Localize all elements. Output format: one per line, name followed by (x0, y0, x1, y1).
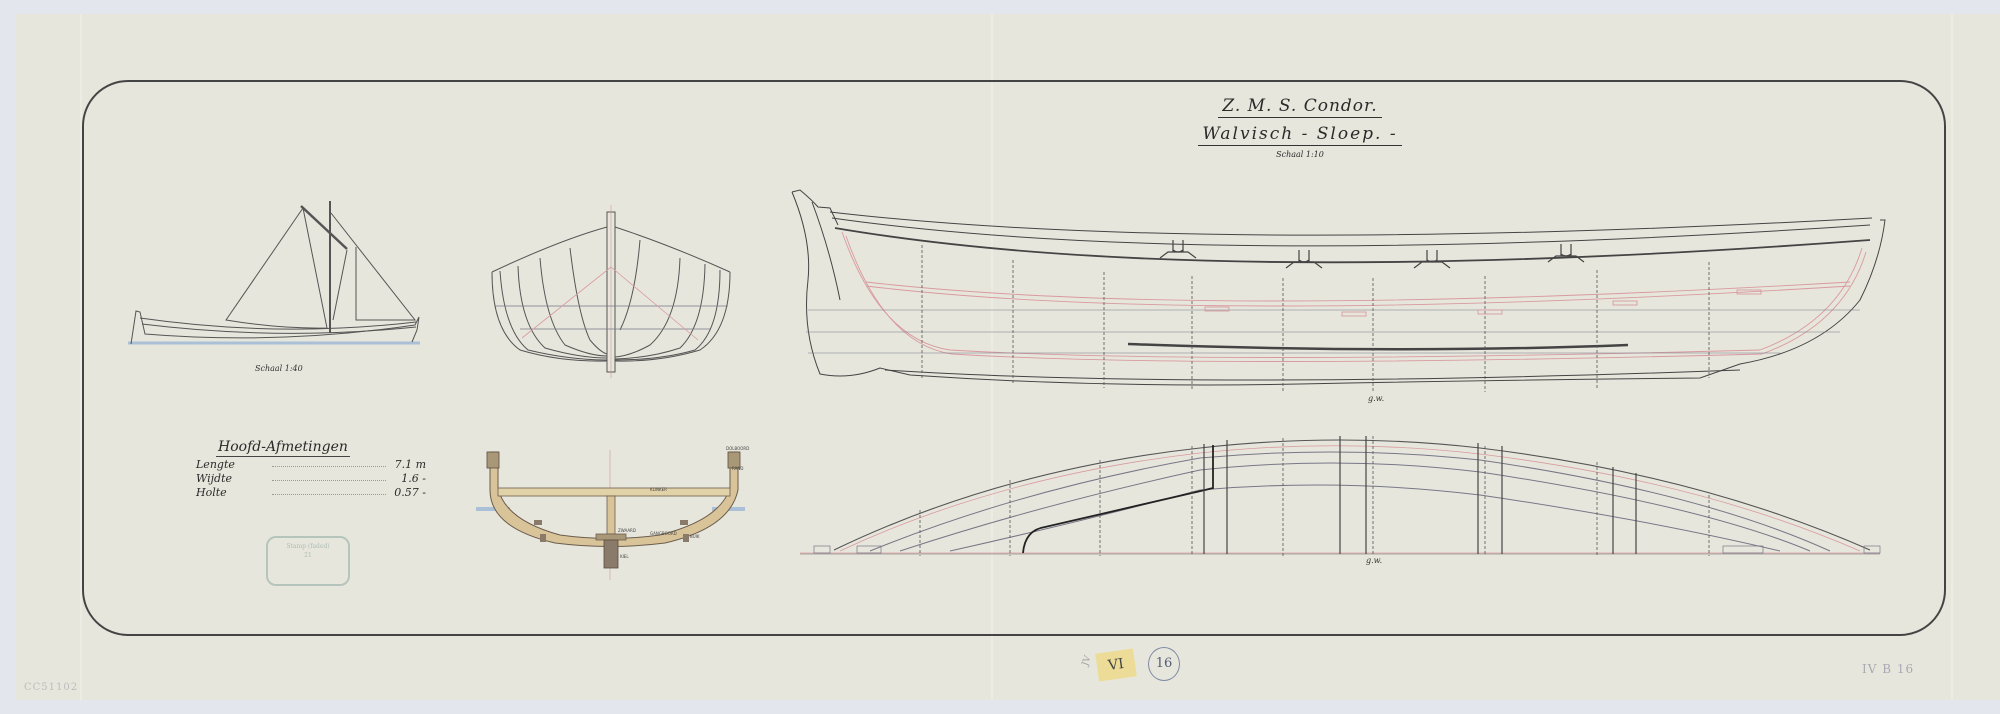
dimension-row: Holte 0.57 - (196, 486, 426, 499)
svg-text:KLINKER: KLINKER (650, 487, 667, 492)
archive-number: CC51102 (24, 682, 78, 693)
svg-text:KIEL: KIEL (620, 554, 629, 559)
dimension-label: Holte (196, 486, 266, 499)
dimension-label: Wijdte (196, 472, 266, 485)
main-dimensions-title: Hoofd-Afmetingen (216, 439, 350, 457)
svg-text:BUIK: BUIK (690, 534, 700, 539)
dimension-value: 1.6 - (392, 472, 426, 485)
midship-section-view: KLINKER DOLBOORD RAND ZWAARD GANGBOORD K… (476, 446, 749, 580)
leader-dots (272, 486, 386, 495)
half-breadth-view (800, 436, 1880, 556)
archive-stamp: Stamp (faded) 21 (266, 536, 350, 586)
profile-view (792, 190, 1885, 392)
sail-plan-view (128, 201, 420, 344)
station-lines (922, 245, 1709, 392)
yellow-label-sticker: VI (1095, 648, 1137, 681)
leader-dots (272, 458, 386, 467)
dimension-row: Lengte 7.1 m (196, 458, 426, 471)
svg-text:ZWAARD: ZWAARD (618, 528, 636, 533)
stamp-text: Stamp (faded) (268, 542, 348, 551)
plan-station-label: g.w. (1366, 556, 1382, 565)
profile-station-label: g.w. (1368, 394, 1384, 403)
inventory-number: IV B 16 (1862, 662, 1914, 676)
leader-dots (272, 472, 386, 481)
svg-text:GANGBOORD: GANGBOORD (650, 531, 677, 536)
rowlock-icon (1160, 240, 1584, 268)
circled-number: 16 (1148, 647, 1180, 681)
dimension-value: 0.57 - (392, 486, 426, 499)
main-scale-label: Schaal 1:10 (1180, 150, 1420, 159)
stamp-number: 21 (268, 551, 348, 560)
svg-text:RAND: RAND (732, 466, 743, 471)
drawings-canvas: KLINKER DOLBOORD RAND ZWAARD GANGBOORD K… (0, 0, 2000, 714)
svg-text:DOLBOORD: DOLBOORD (726, 446, 749, 451)
sail-plan-scale-label: Schaal 1:40 (255, 364, 303, 373)
drawing-title-block: Z. M. S. Condor. Walvisch - Sloep. - Sch… (1180, 96, 1420, 159)
body-plan-view (492, 205, 730, 378)
boat-type-title: Walvisch - Sloep. - (1198, 122, 1401, 146)
ship-name-title: Z. M. S. Condor. (1218, 96, 1381, 118)
main-dimensions-table: Hoofd-Afmetingen Lengte 7.1 m Wijdte 1.6… (196, 436, 426, 499)
dimension-value: 7.1 m (392, 458, 426, 471)
dimension-label: Lengte (196, 458, 266, 471)
dimension-row: Wijdte 1.6 - (196, 472, 426, 485)
